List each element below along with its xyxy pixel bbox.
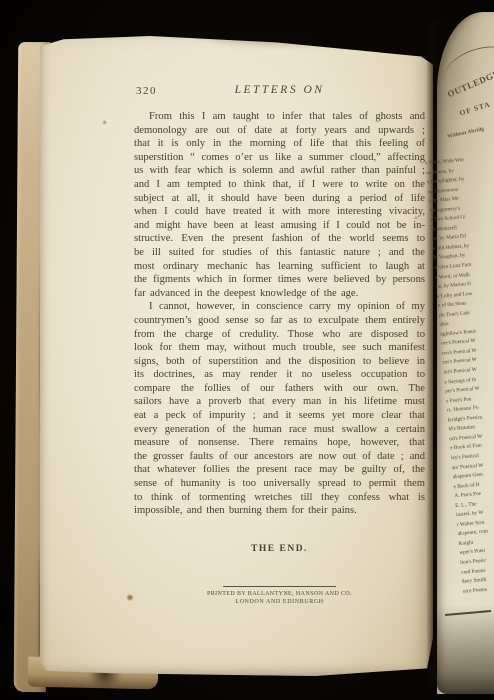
foxing-spot <box>102 120 107 125</box>
top-edge-smudge <box>190 36 370 48</box>
body-text: From this I am taught to infer that tale… <box>134 110 425 518</box>
text-line: be ill suited for studies of this fantas… <box>134 246 425 260</box>
text-line: to think of tormenting wretches till the… <box>134 491 425 505</box>
text-line: signs, both of superstition and the disp… <box>134 355 425 369</box>
the-end-label: THE END. <box>134 544 425 554</box>
text-line: eat a peck of impurity ; and it seems ye… <box>134 409 425 423</box>
text-line: look for them may, without much trouble,… <box>134 341 425 355</box>
text-line: measure of nonsense. There remains hope,… <box>134 436 425 450</box>
imprint-rule <box>223 586 336 587</box>
foxing-spot <box>126 594 134 601</box>
left-page: 320 LETTERS ON From this I am taught to … <box>40 36 433 676</box>
printer-imprint: PRINTED BY BALLANTYNE, HANSON AND CO. LO… <box>134 586 425 607</box>
text-line: sense of humanity is too universally spr… <box>134 477 425 491</box>
text-line: and I am tempted to think that, if I wer… <box>134 178 425 192</box>
text-line: superstition “ comes o’er us like a summ… <box>134 151 425 165</box>
text-line: its doctrines, as may render it no usele… <box>134 368 425 382</box>
running-title: LETTERS ON <box>134 84 425 96</box>
text-line: that whatever follies the present race m… <box>134 463 425 477</box>
text-line: when I could have treated it with more i… <box>134 205 425 219</box>
text-line: every generation of the human race must … <box>134 423 425 437</box>
text-line: From this I am taught to infer that tale… <box>134 110 425 124</box>
catalog-tagline-fragment: Without Abridg <box>447 126 485 140</box>
text-line: from the charge of credulity. Those who … <box>134 328 425 342</box>
text-line: most ordinary mechanic has learning suff… <box>134 260 425 274</box>
text-line: us with fear which is solemn and awful r… <box>134 164 425 178</box>
paragraph-1: From this I am taught to infer that tale… <box>134 110 425 300</box>
text-line: demonology are out of date at forty year… <box>134 124 425 138</box>
text-line: that it is only in the morning of life t… <box>134 137 425 151</box>
text-line: countrymen’s good sense so far as to exc… <box>134 314 425 328</box>
text-line: compare the follies of our fathers with … <box>134 382 425 396</box>
text-line: far advanced in the deepest knowledge of… <box>134 287 425 301</box>
text-line: impossible, and then burning them for th… <box>134 504 425 518</box>
paragraph-2: I cannot, however, in conscience carry m… <box>134 300 425 518</box>
imprint-line-2: LONDON AND EDINBURGH <box>134 598 425 607</box>
text-line: I cannot, however, in conscience carry m… <box>134 300 425 314</box>
text-line: structive. Even the present fashion of t… <box>134 232 425 246</box>
right-page-catalog: OUTLEDGE'S OF STA Without Abridg e Wide,… <box>437 12 494 694</box>
catalog-header-arc <box>438 38 494 105</box>
text-line: the figments which in former times were … <box>134 273 425 287</box>
imprint-line-1: PRINTED BY BALLANTYNE, HANSON AND CO. <box>134 590 425 598</box>
catalog-subtitle-fragment: OF STA <box>458 100 491 118</box>
text-line: the grosser faults of our ancestors are … <box>134 450 425 464</box>
text-line: sailors have a proverb that every man in… <box>134 395 425 409</box>
text-line: subject at all, it should have been duri… <box>134 192 425 206</box>
text-line: and might have been at least amusing if … <box>134 219 425 233</box>
open-book-photo: 320 LETTERS ON From this I am taught to … <box>0 0 494 700</box>
page-bottom-shadow <box>437 604 494 694</box>
